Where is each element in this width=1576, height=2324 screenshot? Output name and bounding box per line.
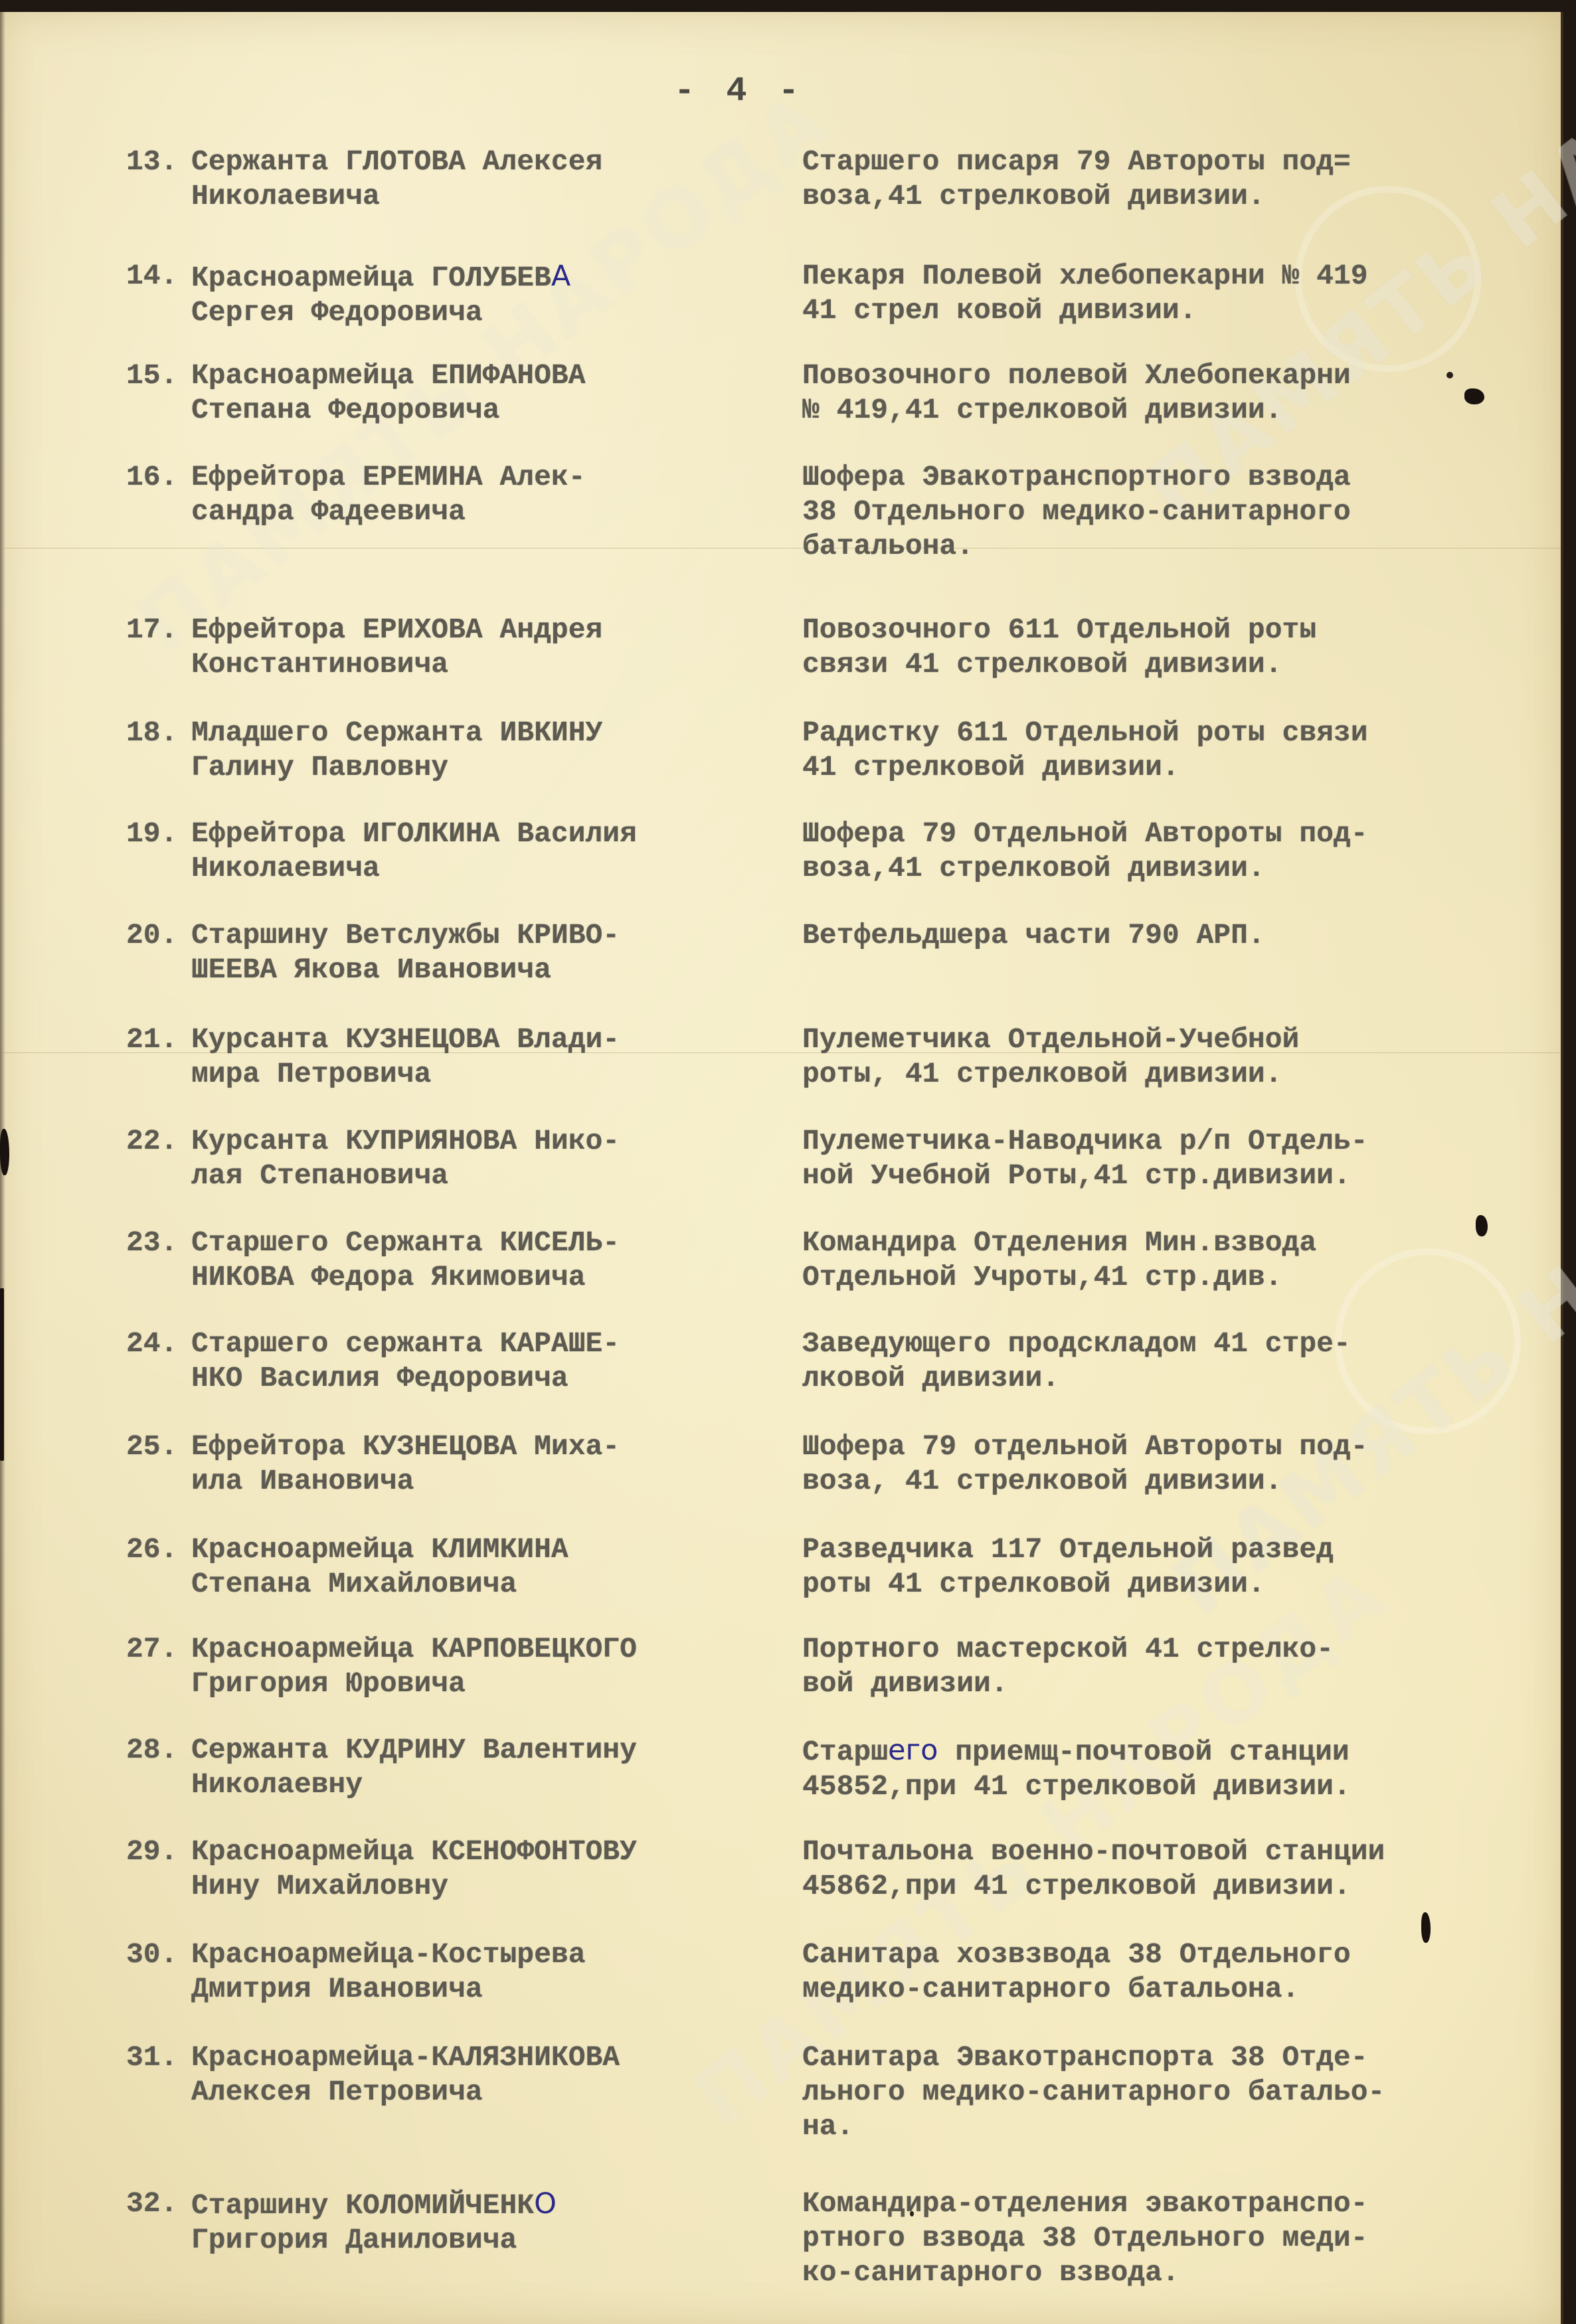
person-name-line: Старшего сержанта КАРАШЕ-: [191, 1327, 782, 1361]
person-name-line: Сергея Федоровича: [191, 295, 782, 330]
typed-text: Ефрейтора ИГОЛКИНА Василия: [191, 817, 637, 850]
typed-text: Красноармейца ЕПИФАНОВА: [191, 359, 586, 392]
position-description: Повозочного полевой Хлебопекарни№ 419,41…: [782, 359, 1488, 428]
position-line: 45862,при 41 стрелковой дивизии.: [802, 1869, 1488, 1904]
entry-number: 26.: [126, 1533, 191, 1602]
position-description: Командира-отделения эвакотранспо-ртного …: [782, 2187, 1488, 2290]
person-name-line: ШЕЕВА Якова Ивановича: [191, 953, 782, 987]
typed-text: НКО Василия Федоровича: [191, 1362, 569, 1394]
list-item: 17.Ефрейтора ЕРИХОВА АндреяКонстантинови…: [126, 613, 1488, 682]
position-line: Радистку 611 Отдельной роты связи: [802, 716, 1488, 750]
entry-number: 18.: [126, 716, 191, 785]
typed-text: приемщ: [938, 1736, 1058, 1768]
person-name-line: НИКОВА Федора Якимовича: [191, 1260, 782, 1295]
typed-text: НИКОВА Федора Якимовича: [191, 1261, 586, 1293]
person-name-line: Сержанта ГЛОТОВА Алексея: [191, 145, 782, 179]
typed-text: Григория Даниловича: [191, 2224, 517, 2256]
position-line: роты 41 стрелковой дивизии.: [802, 1567, 1488, 1602]
typed-text: ила Ивановича: [191, 1465, 414, 1497]
position-line: Старшего приемщ-почтовой станции: [802, 1733, 1488, 1770]
person-name-line: Курсанта КУЗНЕЦОВА Влади-: [191, 1023, 782, 1057]
person-name-line: Красноармейца ЕПИФАНОВА: [191, 359, 782, 393]
typed-text: мира Петровича: [191, 1058, 431, 1090]
typed-text: Николаевну: [191, 1768, 363, 1801]
person-name: Ефрейтора ЕРИХОВА АндреяКонстантиновича: [191, 613, 782, 682]
person-name: Красноармейца ГОЛУБЕВАСергея Федоровича: [191, 259, 782, 330]
entry-number: 24.: [126, 1327, 191, 1396]
person-name: Сержанта ГЛОТОВА АлексеяНиколаевича: [191, 145, 782, 214]
position-line: 41 стрелковой дивизии.: [802, 750, 1488, 785]
position-line: Заведующего продскладом 41 стре-: [802, 1327, 1488, 1361]
ink-speck: [1446, 372, 1453, 378]
typed-text: Дмитрия Ивановича: [191, 1973, 483, 2005]
handwritten-correction: А: [551, 260, 570, 293]
typed-text: Красноармейца-КАЛЯЗНИКОВА: [191, 2041, 620, 2074]
typed-text: Николаевича: [191, 852, 380, 884]
handwritten-correction: О: [534, 2187, 557, 2220]
position-description: Радистку 611 Отдельной роты связи41 стре…: [782, 716, 1488, 785]
typed-text: Младшего Сержанта ИВКИНУ: [191, 716, 602, 749]
person-name-line: Григория Даниловича: [191, 2223, 782, 2258]
position-line: № 419,41 стрелковой дивизии.: [802, 393, 1488, 428]
typed-text: Курсанта КУЗНЕЦОВА Влади-: [191, 1023, 620, 1056]
entry-number: 28.: [126, 1733, 191, 1804]
position-line: 45852,при 41 стрелковой дивизии.: [802, 1770, 1488, 1804]
typed-text: Курсанта КУПРИЯНОВА Нико-: [191, 1125, 620, 1157]
position-line: Ветфельдшера части 790 АРП.: [802, 918, 1488, 953]
person-name-line: мира Петровича: [191, 1057, 782, 1092]
entry-number: 32.: [126, 2187, 191, 2290]
person-name-line: Галину Павловну: [191, 750, 782, 785]
entry-number: 30.: [126, 1938, 191, 2007]
position-line: медико-санитарного батальона.: [802, 1972, 1488, 2007]
position-line: роты, 41 стрелковой дивизии.: [802, 1057, 1488, 1092]
typed-text: ШЕЕВА Якова Ивановича: [191, 954, 551, 986]
entry-number: 15.: [126, 359, 191, 428]
person-name-line: Красноармейца КАРПОВЕЦКОГО: [191, 1632, 782, 1667]
position-line: Шофера 79 отдельной Автороты под-: [802, 1430, 1488, 1464]
position-line: на.: [802, 2110, 1488, 2144]
position-line: Шофера 79 Отдельной Автороты под-: [802, 817, 1488, 851]
person-name-line: Сержанта КУДРИНУ Валентину: [191, 1733, 782, 1768]
position-line: Разведчика 117 Отдельной развед: [802, 1533, 1488, 1567]
position-description: Разведчика 117 Отдельной разведроты 41 с…: [782, 1533, 1488, 1602]
position-line: Командира-отделения эвакотранспо-: [802, 2187, 1488, 2221]
person-name-line: Старшину Ветслужбы КРИВО-: [191, 918, 782, 953]
person-name-line: Николаевича: [191, 179, 782, 214]
typed-text: Старшего Сержанта КИСЕЛЬ-: [191, 1226, 620, 1259]
typed-text: Сергея Федоровича: [191, 296, 483, 329]
person-name-line: Ефрейтора ЕРЕМИНА Алек-: [191, 460, 782, 495]
person-name: Сержанта КУДРИНУ ВалентинуНиколаевну: [191, 1733, 782, 1804]
typed-text: Красноармейца КСЕНОФОНТОВУ: [191, 1835, 637, 1868]
position-line: Отдельной Учроты,41 стр.див.: [802, 1260, 1488, 1295]
entry-number: 20.: [126, 918, 191, 987]
position-description: Санитара хозвзвода 38 Отдельногомедико-с…: [782, 1938, 1488, 2007]
person-name-line: Красноармейца-КАЛЯЗНИКОВА: [191, 2040, 782, 2075]
entry-number: 21.: [126, 1023, 191, 1092]
person-name-line: Дмитрия Ивановича: [191, 1972, 782, 2007]
position-line: Командира Отделения Мин.взвода: [802, 1226, 1488, 1260]
person-name-line: Григория Юровича: [191, 1667, 782, 1701]
list-item: 29.Красноармейца КСЕНОФОНТОВУНину Михайл…: [126, 1835, 1488, 1904]
typed-text: Сержанта ГЛОТОВА Алексея: [191, 145, 602, 178]
person-name-line: Степана Федоровича: [191, 393, 782, 428]
position-line: ртного взвода 38 Отдельного меди-: [802, 2221, 1488, 2256]
position-line: Портного мастерской 41 стрелко-: [802, 1632, 1488, 1667]
position-description: Старшего писаря 79 Автороты под=воза,41 …: [782, 145, 1488, 214]
person-name: Старшину КОЛОМИЙЧЕНКОГригория Даниловича: [191, 2187, 782, 2290]
person-name: Красноармейца КСЕНОФОНТОВУНину Михайловн…: [191, 1835, 782, 1904]
typed-text: Красноармейца КАРПОВЕЦКОГО: [191, 1633, 637, 1665]
position-line: ной Учебной Роты,41 стр.дивизии.: [802, 1159, 1488, 1193]
position-line: Старшего писаря 79 Автороты под=: [802, 145, 1488, 179]
typed-text: Красноармейца ГОЛУБЕВ: [191, 262, 551, 294]
person-name-line: Ефрейтора ИГОЛКИНА Василия: [191, 817, 782, 851]
list-item: 18.Младшего Сержанта ИВКИНУГалину Павлов…: [126, 716, 1488, 785]
entry-number: 13.: [126, 145, 191, 214]
list-item: 23.Старшего Сержанта КИСЕЛЬ-НИКОВА Федор…: [126, 1226, 1488, 1295]
position-line: Пулеметчика Отдельной-Учебной: [802, 1023, 1488, 1057]
position-line: Повозочного 611 Отдельной роты: [802, 613, 1488, 647]
position-description: Пулеметчика-Наводчика р/п Отдель-ной Уче…: [782, 1124, 1488, 1193]
person-name-line: Красноармейца КСЕНОФОНТОВУ: [191, 1835, 782, 1869]
list-item: 13.Сержанта ГЛОТОВА АлексеяНиколаевичаСт…: [126, 145, 1488, 214]
position-line: Санитара хозвзвода 38 Отдельного: [802, 1938, 1488, 1972]
person-name: Старшего Сержанта КИСЕЛЬ-НИКОВА Федора Я…: [191, 1226, 782, 1295]
position-description: Шофера 79 отдельной Автороты под-воза, 4…: [782, 1430, 1488, 1499]
position-line: 38 Отдельного медико-санитарного: [802, 495, 1488, 529]
list-item: 26.Красноармейца КЛИМКИНАСтепана Михайло…: [126, 1533, 1488, 1602]
typed-text: Григория Юровича: [191, 1667, 466, 1700]
person-name: Красноармейца КЛИМКИНАСтепана Михайлович…: [191, 1533, 782, 1602]
typed-text: Красноармейца-Костырева: [191, 1938, 586, 1971]
position-description: Повозочного 611 Отдельной ротысвязи 41 с…: [782, 613, 1488, 682]
person-name-line: сандра Фадеевича: [191, 495, 782, 529]
person-name-line: ила Ивановича: [191, 1464, 782, 1499]
position-line: Шофера Эвакотранспортного взвода: [802, 460, 1488, 495]
position-description: Ветфельдшера части 790 АРП.: [782, 918, 1488, 987]
person-name: Ефрейтора ЕРЕМИНА Алек-сандра Фадеевича: [191, 460, 782, 564]
typed-text: Старшину Ветслужбы КРИВО-: [191, 919, 620, 952]
typed-text: лая Степановича: [191, 1159, 448, 1192]
person-name-line: Красноармейца ГОЛУБЕВА: [191, 259, 782, 295]
position-line: Санитара Эвакотранспорта 38 Отде-: [802, 2040, 1488, 2075]
typed-text: Старш: [802, 1736, 888, 1768]
person-name: Курсанта КУЗНЕЦОВА Влади-мира Петровича: [191, 1023, 782, 1092]
list-item: 25.Ефрейтора КУЗНЕЦОВА Миха-ила Иванович…: [126, 1430, 1488, 1499]
list-item: 27.Красноармейца КАРПОВЕЦКОГОГригория Юр…: [126, 1632, 1488, 1701]
position-line: вой дивизии.: [802, 1667, 1488, 1701]
person-name-line: Старшего Сержанта КИСЕЛЬ-: [191, 1226, 782, 1260]
person-name-line: лая Степановича: [191, 1159, 782, 1193]
handwritten-correction: его: [888, 1734, 938, 1767]
typed-text: Ефрейтора КУЗНЕЦОВА Миха-: [191, 1430, 620, 1463]
position-line: Пекаря Полевой хлебопекарни № 419: [802, 259, 1488, 293]
person-name-line: Ефрейтора КУЗНЕЦОВА Миха-: [191, 1430, 782, 1464]
typed-text: Ефрейтора ЕРЕМИНА Алек-: [191, 461, 586, 493]
page-number: - 4 -: [674, 72, 804, 111]
position-description: Портного мастерской 41 стрелко-вой дивиз…: [782, 1632, 1488, 1701]
typed-text: -почтовой станции: [1058, 1736, 1350, 1768]
position-line: воза,41 стрелковой дивизии.: [802, 179, 1488, 214]
person-name-line: Нину Михайловну: [191, 1869, 782, 1904]
person-name: Младшего Сержанта ИВКИНУГалину Павловну: [191, 716, 782, 785]
position-line: Пулеметчика-Наводчика р/п Отдель-: [802, 1124, 1488, 1159]
list-item: 14.Красноармейца ГОЛУБЕВАСергея Федорови…: [126, 259, 1488, 330]
person-name: Ефрейтора ИГОЛКИНА ВасилияНиколаевича: [191, 817, 782, 886]
position-description: Пекаря Полевой хлебопекарни № 41941 стре…: [782, 259, 1488, 330]
list-item: 20.Старшину Ветслужбы КРИВО-ШЕЕВА Якова …: [126, 918, 1488, 987]
position-description: Пулеметчика Отдельной-Учебнойроты, 41 ст…: [782, 1023, 1488, 1092]
person-name: Курсанта КУПРИЯНОВА Нико-лая Степановича: [191, 1124, 782, 1193]
person-name: Красноармейца КАРПОВЕЦКОГОГригория Юрови…: [191, 1632, 782, 1701]
list-item: 32.Старшину КОЛОМИЙЧЕНКОГригория Данилов…: [126, 2187, 1488, 2290]
entry-number: 27.: [126, 1632, 191, 1701]
position-line: батальона.: [802, 529, 1488, 564]
position-line: ко-санитарного взвода.: [802, 2256, 1488, 2290]
person-name-line: Красноармейца КЛИМКИНА: [191, 1533, 782, 1567]
position-description: Старшего приемщ-почтовой станции45852,пр…: [782, 1733, 1488, 1804]
person-name-line: Степана Михайловича: [191, 1567, 782, 1602]
typed-text: Николаевича: [191, 180, 380, 212]
person-name-line: Старшину КОЛОМИЙЧЕНКО: [191, 2187, 782, 2223]
person-name: Красноармейца-КостыреваДмитрия Ивановича: [191, 1938, 782, 2007]
position-line: 41 стрел ковой дивизии.: [802, 293, 1488, 328]
position-description: Командира Отделения Мин.взводаОтдельной …: [782, 1226, 1488, 1295]
position-line: льного медико-санитарного батальо-: [802, 2075, 1488, 2110]
list-item: 16.Ефрейтора ЕРЕМИНА Алек-сандра Фадееви…: [126, 460, 1488, 564]
person-name-line: Николаевича: [191, 851, 782, 886]
person-name-line: Ефрейтора ЕРИХОВА Андрея: [191, 613, 782, 647]
typed-text: Степана Федоровича: [191, 394, 499, 426]
list-item: 30.Красноармейца-КостыреваДмитрия Иванов…: [126, 1938, 1488, 2007]
list-item: 22.Курсанта КУПРИЯНОВА Нико-лая Степанов…: [126, 1124, 1488, 1193]
person-name: Красноармейца-КАЛЯЗНИКОВААлексея Петрови…: [191, 2040, 782, 2144]
list-item: 19.Ефрейтора ИГОЛКИНА ВасилияНиколаевича…: [126, 817, 1488, 886]
person-name: Ефрейтора КУЗНЕЦОВА Миха-ила Ивановича: [191, 1430, 782, 1499]
position-description: Почтальона военно-почтовой станции45862,…: [782, 1835, 1488, 1904]
entry-number: 29.: [126, 1835, 191, 1904]
position-description: Заведующего продскладом 41 стре-лковой д…: [782, 1327, 1488, 1396]
typed-text: Ефрейтора ЕРИХОВА Андрея: [191, 614, 602, 646]
position-line: лковой дивизии.: [802, 1361, 1488, 1396]
entry-number: 25.: [126, 1430, 191, 1499]
position-description: Шофера 79 Отдельной Автороты под-воза,41…: [782, 817, 1488, 886]
person-name: Старшего сержанта КАРАШЕ-НКО Василия Фед…: [191, 1327, 782, 1396]
person-name: Красноармейца ЕПИФАНОВАСтепана Федорович…: [191, 359, 782, 428]
entry-number: 19.: [126, 817, 191, 886]
list-item: 31.Красноармейца-КАЛЯЗНИКОВААлексея Петр…: [126, 2040, 1488, 2144]
entry-number: 16.: [126, 460, 191, 564]
person-name-line: Константиновича: [191, 647, 782, 682]
person-name-line: Красноармейца-Костырева: [191, 1938, 782, 1972]
typed-text: Галину Павловну: [191, 751, 448, 784]
left-edge-tear: [0, 1288, 4, 1461]
entry-number: 22.: [126, 1124, 191, 1193]
person-name-line: Алексея Петровича: [191, 2075, 782, 2110]
typed-text: Старшего сержанта КАРАШЕ-: [191, 1327, 620, 1360]
person-name: Старшину Ветслужбы КРИВО-ШЕЕВА Якова Ива…: [191, 918, 782, 987]
list-item: 15.Красноармейца ЕПИФАНОВАСтепана Федоро…: [126, 359, 1488, 428]
typed-text: Старшину КОЛОМИЙЧЕНК: [191, 2189, 534, 2222]
person-name-line: Младшего Сержанта ИВКИНУ: [191, 716, 782, 750]
list-item: 21.Курсанта КУЗНЕЦОВА Влади-мира Петрови…: [126, 1023, 1488, 1092]
position-line: воза, 41 стрелковой дивизии.: [802, 1464, 1488, 1499]
position-description: Шофера Эвакотранспортного взвода38 Отдел…: [782, 460, 1488, 564]
ink-speck: [910, 2211, 914, 2216]
entry-number: 31.: [126, 2040, 191, 2144]
typed-text: Алексея Петровича: [191, 2076, 483, 2108]
list-item: 28.Сержанта КУДРИНУ ВалентинуНиколаевнуС…: [126, 1733, 1488, 1804]
person-name-line: Курсанта КУПРИЯНОВА Нико-: [191, 1124, 782, 1159]
person-name-line: НКО Василия Федоровича: [191, 1361, 782, 1396]
typed-text: Нину Михайловну: [191, 1870, 448, 1902]
entry-number: 23.: [126, 1226, 191, 1295]
position-line: воза,41 стрелковой дивизии.: [802, 851, 1488, 886]
typed-text: Константиновича: [191, 648, 448, 681]
position-line: Повозочного полевой Хлебопекарни: [802, 359, 1488, 393]
entry-number: 17.: [126, 613, 191, 682]
typed-text: Красноармейца КЛИМКИНА: [191, 1533, 569, 1566]
position-line: Почтальона военно-почтовой станции: [802, 1835, 1488, 1869]
position-description: Санитара Эвакотранспорта 38 Отде-льного …: [782, 2040, 1488, 2144]
typed-text: сандра Фадеевича: [191, 495, 466, 528]
person-name-line: Николаевну: [191, 1768, 782, 1802]
list-item: 24.Старшего сержанта КАРАШЕ-НКО Василия …: [126, 1327, 1488, 1396]
position-line: связи 41 стрелковой дивизии.: [802, 647, 1488, 682]
typed-text: Сержанта КУДРИНУ Валентину: [191, 1734, 637, 1766]
entry-number: 14.: [126, 259, 191, 330]
typed-text: Степана Михайловича: [191, 1568, 517, 1600]
